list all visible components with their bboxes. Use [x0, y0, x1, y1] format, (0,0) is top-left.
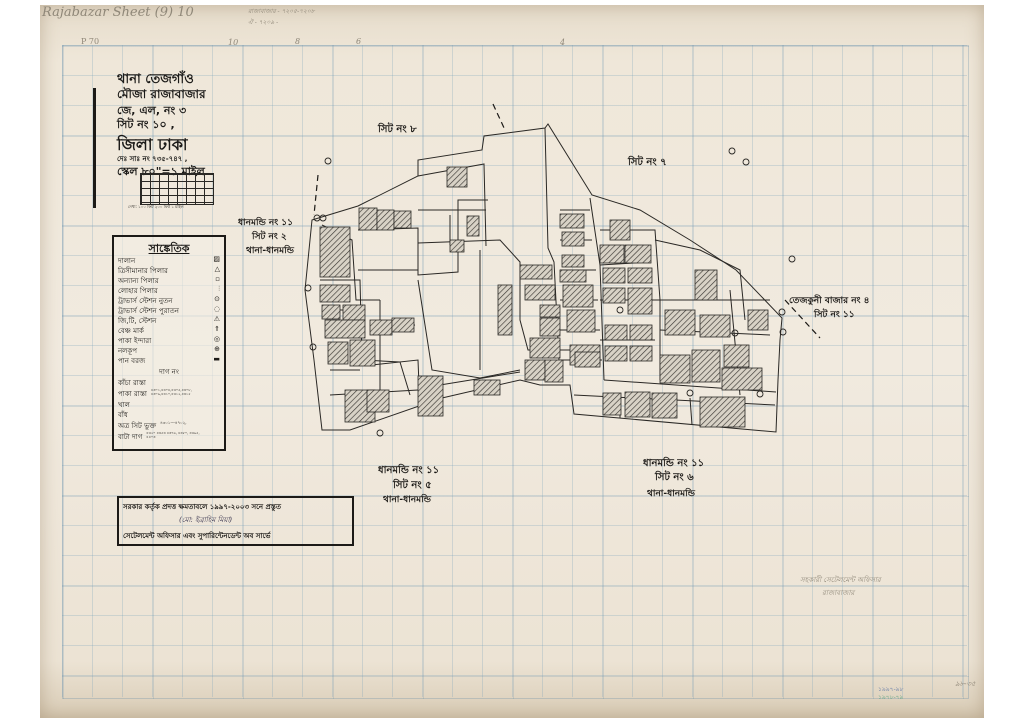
west-label-line3: থানা-ধানমন্ডি	[246, 243, 294, 258]
north-sheet-label: সিট নং ৮	[378, 122, 417, 139]
northeast-sheet-label: সিট নং ৭	[628, 155, 667, 172]
parcel-map	[0, 0, 1024, 723]
west-label-line1: ধানমন্ডি নং ১১	[238, 215, 293, 230]
corner-code: ১৯৭৮-৭৯	[878, 692, 903, 703]
east-label-line1: তেজকুনী বাজার নং ৪	[789, 293, 869, 308]
southwest-label-line3: থানা-ধানমন্ডি	[383, 492, 431, 507]
pencil-annotation: রাজাবাজার	[822, 587, 854, 599]
pencil-annotation: সহকারী সেটেলমেন্ট অফিসার	[800, 574, 881, 586]
southeast-label-line2: সিট নং ৬	[655, 470, 694, 487]
west-label-line2: সিট নং ২	[252, 229, 287, 244]
southeast-label-line3: থানা-ধানমন্ডি	[647, 486, 695, 501]
east-label-line2: সিট নং ১১	[814, 307, 855, 322]
corner-number: ৯৮-৩৫	[955, 678, 976, 690]
